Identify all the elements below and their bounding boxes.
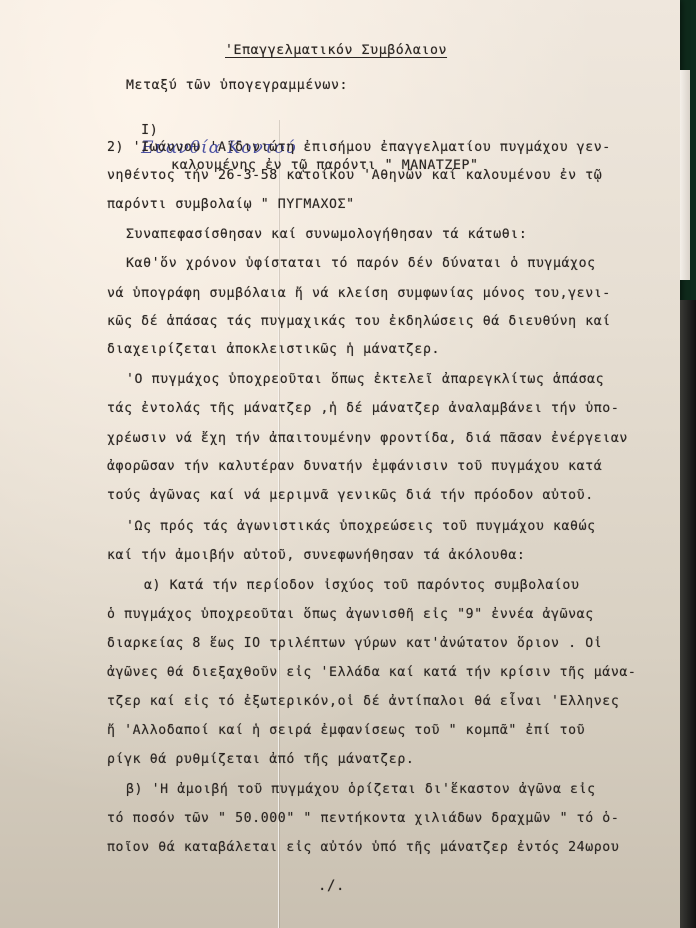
- text-line: τζερ καί εἰς τό ἐξωτερικόν,οἱ δέ ἀντίπαλ…: [107, 694, 619, 709]
- paper-edge: [680, 70, 690, 280]
- text-line: διαρκείας 8 ἕως IO τριλέπτων γύρων κατ'ἀ…: [107, 636, 602, 651]
- intro-line: Μεταξύ τῶν ὑπογεγραμμένων:: [126, 78, 348, 93]
- text-line: κῶς δέ ἁπάσας τάς πυγμαχικάς του ἐκδηλώσ…: [107, 314, 611, 329]
- text-line: καί τήν ἀμοιβήν αὐτοῦ, συνεφωνήθησαν τά …: [107, 548, 525, 563]
- text-line: διαχειρίζεται ἀποκλειστικῶς ἡ μάνατζερ.: [107, 342, 440, 357]
- text-line: τούς ἀγῶνας καί νά μεριμνᾶ γενικῶς διά τ…: [107, 488, 594, 503]
- text-line: ἤ 'Αλλοδαποί καί ἡ σειρά ἐμφανίσεως τοῦ …: [107, 723, 585, 738]
- text-line: Συναπεφασίσθησαν καί συνωμολογήθησαν τά …: [126, 227, 527, 242]
- paper-edge-shadow: [680, 300, 696, 928]
- continuation-mark: ./.: [318, 878, 345, 894]
- text-line: τό ποσόν τῶν " 50.000" " πεντήκοντα χιλι…: [107, 811, 619, 826]
- text-line: 'Ο πυγμάχος ὑποχρεοῦται ὅπως ἐκτελεῖ ἀπα…: [126, 372, 604, 387]
- document-title: 'Επαγγελματικόν Συμβόλαιον: [225, 43, 447, 58]
- text-line: ὁ πυγμάχος ὑποχρεοῦται ὅπως ἀγωνισθῆ εἰς…: [107, 607, 594, 622]
- text-line: α) Κατά τήν περίοδον ἰσχύος τοῦ παρόντος…: [144, 578, 580, 593]
- party-1-number: I): [141, 123, 158, 138]
- text-line: ἀφορῶσαν τήν καλυτέραν δυνατήν ἐμφάνισιν…: [107, 459, 602, 474]
- text-line: νηθέντος τήν 26-3-58 κατοίκου 'Αθηνῶν κα…: [107, 168, 602, 183]
- text-line: β) 'Η ἀμοιβή τοῦ πυγμάχου ὁρίζεται δι'ἕκ…: [126, 782, 596, 797]
- text-line: ρίγκ θά ρυθμίζεται ἀπό τῆς μάνατζερ.: [107, 752, 414, 767]
- text-line: τάς ἐντολάς τῆς μάνατζερ ,ἡ δέ μάνατζερ …: [107, 401, 619, 416]
- text-line: ποῖον θά καταβάλεται εἰς αὐτόν ὑπό τῆς μ…: [107, 840, 619, 855]
- text-line: ἀγῶνες θά διεξαχθοῦν εἰς 'Ελλάδα καί κατ…: [107, 665, 636, 680]
- text-line: Καθ'ὅν χρόνον ὑφίσταται τό παρόν δέν δύν…: [126, 256, 596, 271]
- text-line: χρέωσιν νά ἔχη τήν ἀπαιτουμένην φροντίδα…: [107, 431, 628, 446]
- text-line: παρόντι συμβολαίῳ " ΠΥΓΜΑΧΟΣ": [107, 197, 355, 212]
- contract-document: 'Επαγγελματικόν Συμβόλαιον Μεταξύ τῶν ὑπ…: [0, 0, 680, 928]
- text-line: 2) 'Ιωάννου 'Αϊδινιώτη ἐπισήμου ἐπαγγελμ…: [107, 140, 611, 155]
- text-line: 'Ως πρός τάς ἀγωνιστικάς ὑποχρεώσεις τοῦ…: [126, 519, 596, 534]
- text-line: νά ὑπογράφη συμβόλαια ἤ νά κλείση συμφων…: [107, 286, 611, 301]
